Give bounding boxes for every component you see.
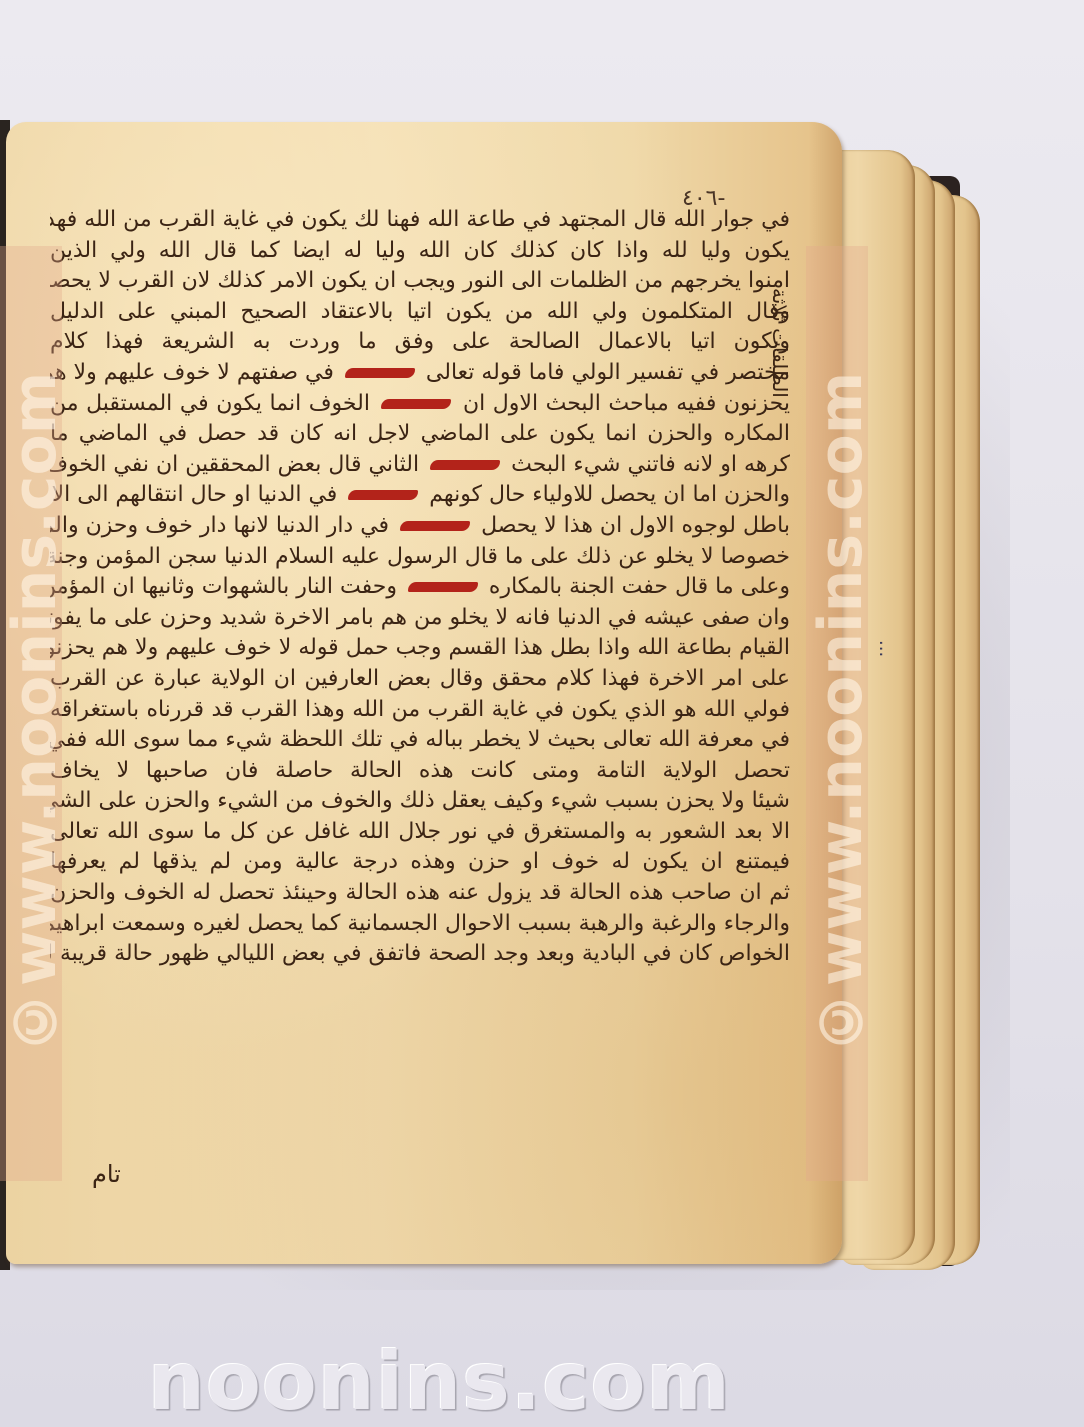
manuscript-line: خصوصا لا يخلو عن ذلك على ما قال الرسول ع…	[50, 542, 790, 573]
manuscript-line: ثم ان صاحب هذه الحالة قد يزول عنه هذه ال…	[50, 878, 790, 909]
manuscript-line: تحصل الولاية التامة ومتى كانت هذه الحالة…	[50, 756, 790, 787]
manuscript-line: وقال المتكلمون ولي الله من يكون اتيا بال…	[50, 297, 790, 328]
manuscript-line: والحزن اما ان يحصل للاولياء حال كونهم في…	[50, 480, 790, 511]
manuscript-line: باطل لوجوه الاول ان هذا لا يحصل في دار ا…	[50, 511, 790, 542]
watermark-strip-right: ©www.noonins.com	[806, 246, 868, 1181]
red-rubric-overline	[345, 368, 415, 378]
red-rubric-overline	[348, 490, 418, 500]
manuscript-line: وعلى ما قال حفت الجنة بالمكاره وحفت النا…	[50, 572, 790, 603]
manuscript-line: والرجاء والرغبة والرهبة بسبب الاحوال الج…	[50, 909, 790, 940]
manuscript-line: المكاره والحزن انما يكون على الماضي لاجل…	[50, 419, 790, 450]
manuscript-line: امنوا يخرجهم من الظلمات الى النور ويجب ا…	[50, 266, 790, 297]
manuscript-line: مختصر في تفسير الولي فاما قوله تعالى في …	[50, 358, 790, 389]
manuscript-line: شيئا ولا يحزن بسبب شيء وكيف يعقل ذلك وال…	[50, 786, 790, 817]
manuscript-line: فيمتنع ان يكون له خوف او حزن وهذه درجة ع…	[50, 847, 790, 878]
watermark-brand: noonins.com	[148, 1335, 731, 1427]
red-rubric-overline	[408, 582, 478, 592]
manuscript-line: يحزنون ففيه مباحث البحث الاول ان الخوف ا…	[50, 389, 790, 420]
manuscript-line: يكون وليا لله واذا كان كذلك كان الله ولي…	[50, 236, 790, 267]
catchword: تام	[92, 1160, 121, 1188]
manuscript-line: في جوار الله قال المجتهد في طاعة الله فه…	[50, 205, 790, 236]
red-rubric-overline	[381, 399, 451, 409]
manuscript-line: الا بعد الشعور به والمستغرق في نور جلال …	[50, 817, 790, 848]
manuscript-line: كرهه او لانه فاتني شيء البحث الثاني قال …	[50, 450, 790, 481]
page-edge-annotation: ...	[866, 640, 896, 850]
manuscript-line: الخواص كان في البادية وبعد وجد الصحة فات…	[50, 939, 790, 970]
photo-scene: ... -٤٠٦ الطلقات ثلاثة في جوار الله قال …	[0, 0, 1084, 1427]
watermark-strip-left: ©www.noonins.com	[0, 246, 62, 1181]
red-rubric-overline	[400, 521, 470, 531]
manuscript-line: ويكون اتيا بالاعمال الصالحة على وفق ما و…	[50, 327, 790, 358]
manuscript-line: وان صفى عيشه في الدنيا فانه لا يخلو من ه…	[50, 603, 790, 634]
manuscript-line: القيام بطاعة الله واذا بطل هذا القسم وجب…	[50, 633, 790, 664]
red-rubric-overline	[430, 460, 500, 470]
manuscript-line: على امر الاخرة فهذا كلام محقق وقال بعض ا…	[50, 664, 790, 695]
manuscript-text-block: في جوار الله قال المجتهد في طاعة الله فه…	[50, 205, 790, 970]
manuscript-line: فولي الله هو الذي يكون في غاية القرب من …	[50, 695, 790, 726]
manuscript-line: في معرفة الله تعالى بحيث لا يخطر بباله ف…	[50, 725, 790, 756]
